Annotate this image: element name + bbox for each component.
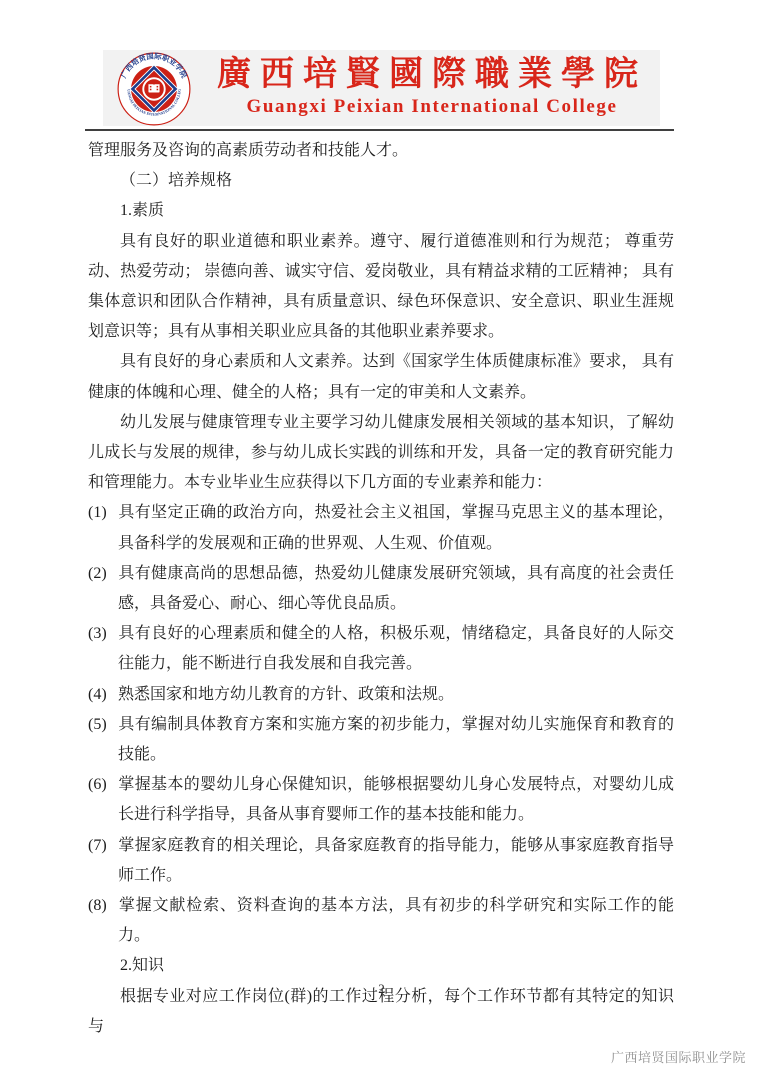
list-item-marker: (7) [88, 831, 118, 861]
paragraph: 2.知识 [88, 951, 674, 981]
college-logo: 广西培贤国际职业学院 GUANGXI PEIXIAN INTERNATIONAL… [117, 52, 191, 126]
list-item-text: 具有坚定正确的政治方向，热爱社会主义祖国，掌握马克思主义的基本理论，具备科学的发… [118, 504, 674, 551]
list-item: (5)具有编制具体教育方案和实施方案的初步能力，掌握对幼儿实施保育和教育的技能。 [88, 710, 674, 770]
list-item-text: 掌握家庭教育的相关理论，具备家庭教育的指导能力，能够从事家庭教育指导师工作。 [118, 837, 674, 884]
paragraph: 具有良好的职业道德和职业素养。遵守、履行道德准则和行为规范； 尊重劳动、热爱劳动… [88, 227, 674, 348]
list-item-text: 掌握文献检索、资料查询的基本方法，具有初步的科学研究和实际工作的能力。 [118, 897, 674, 944]
paragraph: 幼儿发展与健康管理专业主要学习幼儿健康发展相关领域的基本知识，了解幼儿成长与发展… [88, 408, 674, 499]
college-name-english: Guangxi Peixian International College [209, 96, 655, 118]
college-seal-icon: 广西培贤国际职业学院 GUANGXI PEIXIAN INTERNATIONAL… [117, 52, 191, 126]
list-item-marker: (5) [88, 710, 118, 740]
list-item-text: 具有良好的心理素质和健全的人格，积极乐观，情绪稳定，具备良好的人际交往能力，能不… [118, 625, 674, 672]
college-name-block: 廣西培賢國際職業學院 Guangxi Peixian International… [209, 54, 655, 118]
list-item: (4)熟悉国家和地方幼儿教育的方针、政策和法规。 [88, 680, 674, 710]
header-divider [85, 129, 674, 131]
list-item-text: 具有健康高尚的思想品德，热爱幼儿健康发展研究领域，具有高度的社会责任感，具备爱心… [118, 565, 674, 612]
paragraph: 1.素质 [88, 196, 674, 226]
page-number: 2 [0, 981, 763, 997]
paragraph: 管理服务及咨询的高素质劳动者和技能人才。 [88, 136, 674, 166]
list-item-text: 熟悉国家和地方幼儿教育的方针、政策和法规。 [118, 686, 454, 703]
list-item: (8)掌握文献检索、资料查询的基本方法，具有初步的科学研究和实际工作的能力。 [88, 891, 674, 951]
document-body: 管理服务及咨询的高素质劳动者和技能人才。（二）培养规格1.素质具有良好的职业道德… [88, 136, 674, 1042]
list-item-marker: (1) [88, 498, 118, 528]
list-item-marker: (2) [88, 559, 118, 589]
paragraph: （二）培养规格 [88, 166, 674, 196]
list-item: (2)具有健康高尚的思想品德，热爱幼儿健康发展研究领域，具有高度的社会责任感，具… [88, 559, 674, 619]
paragraph: 具有良好的身心素质和人文素养。达到《国家学生体质健康标准》要求， 具有健康的体魄… [88, 347, 674, 407]
list-item-text: 具有编制具体教育方案和实施方案的初步能力，掌握对幼儿实施保育和教育的技能。 [118, 716, 674, 763]
list-item: (1)具有坚定正确的政治方向，热爱社会主义祖国，掌握马克思主义的基本理论，具备科… [88, 498, 674, 558]
document-page: 广西培贤国际职业学院 GUANGXI PEIXIAN INTERNATIONAL… [0, 0, 763, 1080]
footer-watermark: 广西培贤国际职业学院 [611, 1047, 746, 1066]
list-item: (6)掌握基本的婴幼儿身心保健知识，能够根据婴幼儿身心发展特点，对婴幼儿成长进行… [88, 770, 674, 830]
list-item-text: 掌握基本的婴幼儿身心保健知识，能够根据婴幼儿身心发展特点，对婴幼儿成长进行科学指… [118, 776, 674, 823]
logo-book-icon [148, 84, 159, 92]
list-item-marker: (4) [88, 680, 118, 710]
list-item-marker: (3) [88, 619, 118, 649]
college-name-chinese: 廣西培賢國際職業學院 [209, 54, 655, 96]
letterhead: 广西培贤国际职业学院 GUANGXI PEIXIAN INTERNATIONAL… [103, 50, 660, 126]
list-item-marker: (6) [88, 770, 118, 800]
list-item-marker: (8) [88, 891, 118, 921]
list-item: (3)具有良好的心理素质和健全的人格，积极乐观，情绪稳定，具备良好的人际交往能力… [88, 619, 674, 679]
list-item: (7)掌握家庭教育的相关理论，具备家庭教育的指导能力，能够从事家庭教育指导师工作… [88, 831, 674, 891]
